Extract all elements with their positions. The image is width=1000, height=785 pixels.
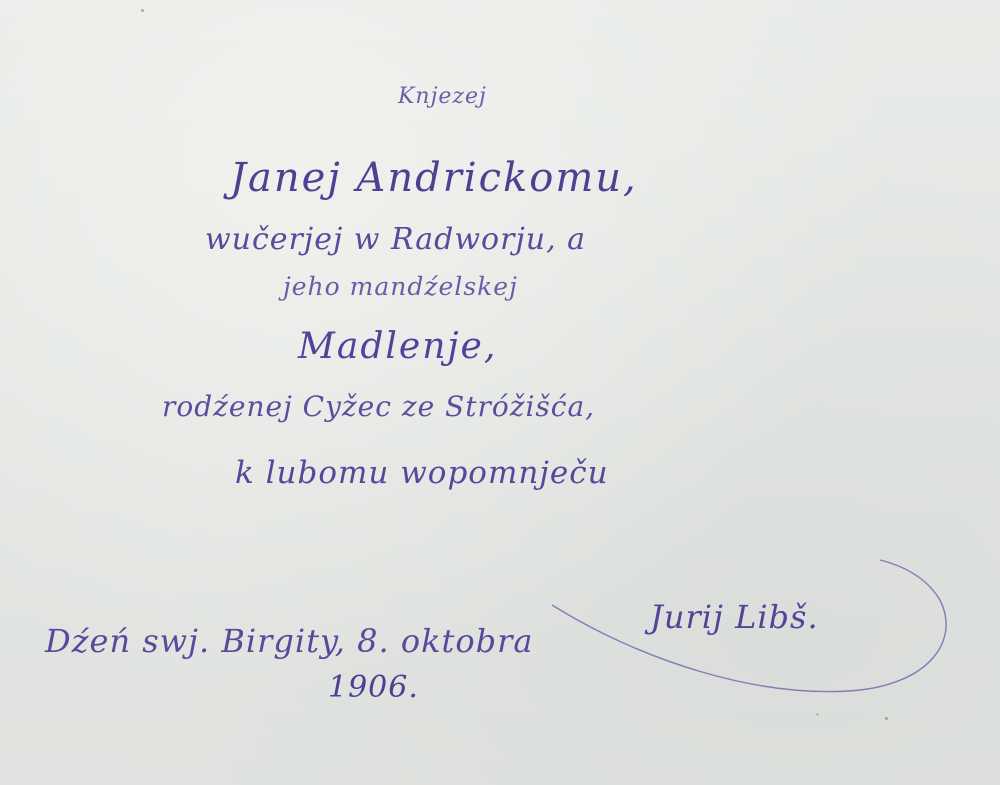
dedication-line-2: Janej Andrickomu, xyxy=(230,155,638,201)
document-page: Knjezej Janej Andrickomu, wučerjej w Rad… xyxy=(0,0,1000,785)
dedication-line-4: jeho mandźelskej xyxy=(283,272,518,301)
dedication-line-1: Knjezej xyxy=(398,84,487,109)
paper-speck xyxy=(141,9,144,12)
signature: Jurij Libš. xyxy=(650,598,819,636)
dedication-line-7: k lubomu wopomnječu xyxy=(235,455,609,491)
date-line: Dźeń swj. Birgity, 8. oktobra xyxy=(45,622,533,660)
dedication-line-5: Madlenje, xyxy=(298,326,497,367)
paper-speck xyxy=(885,717,888,720)
year-line: 1906. xyxy=(328,670,419,705)
paper-speck xyxy=(816,713,819,716)
dedication-line-6: rodźenej Cyžec ze Stróžišća, xyxy=(162,390,595,423)
dedication-line-3: wučerjej w Radworju, a xyxy=(205,222,586,257)
